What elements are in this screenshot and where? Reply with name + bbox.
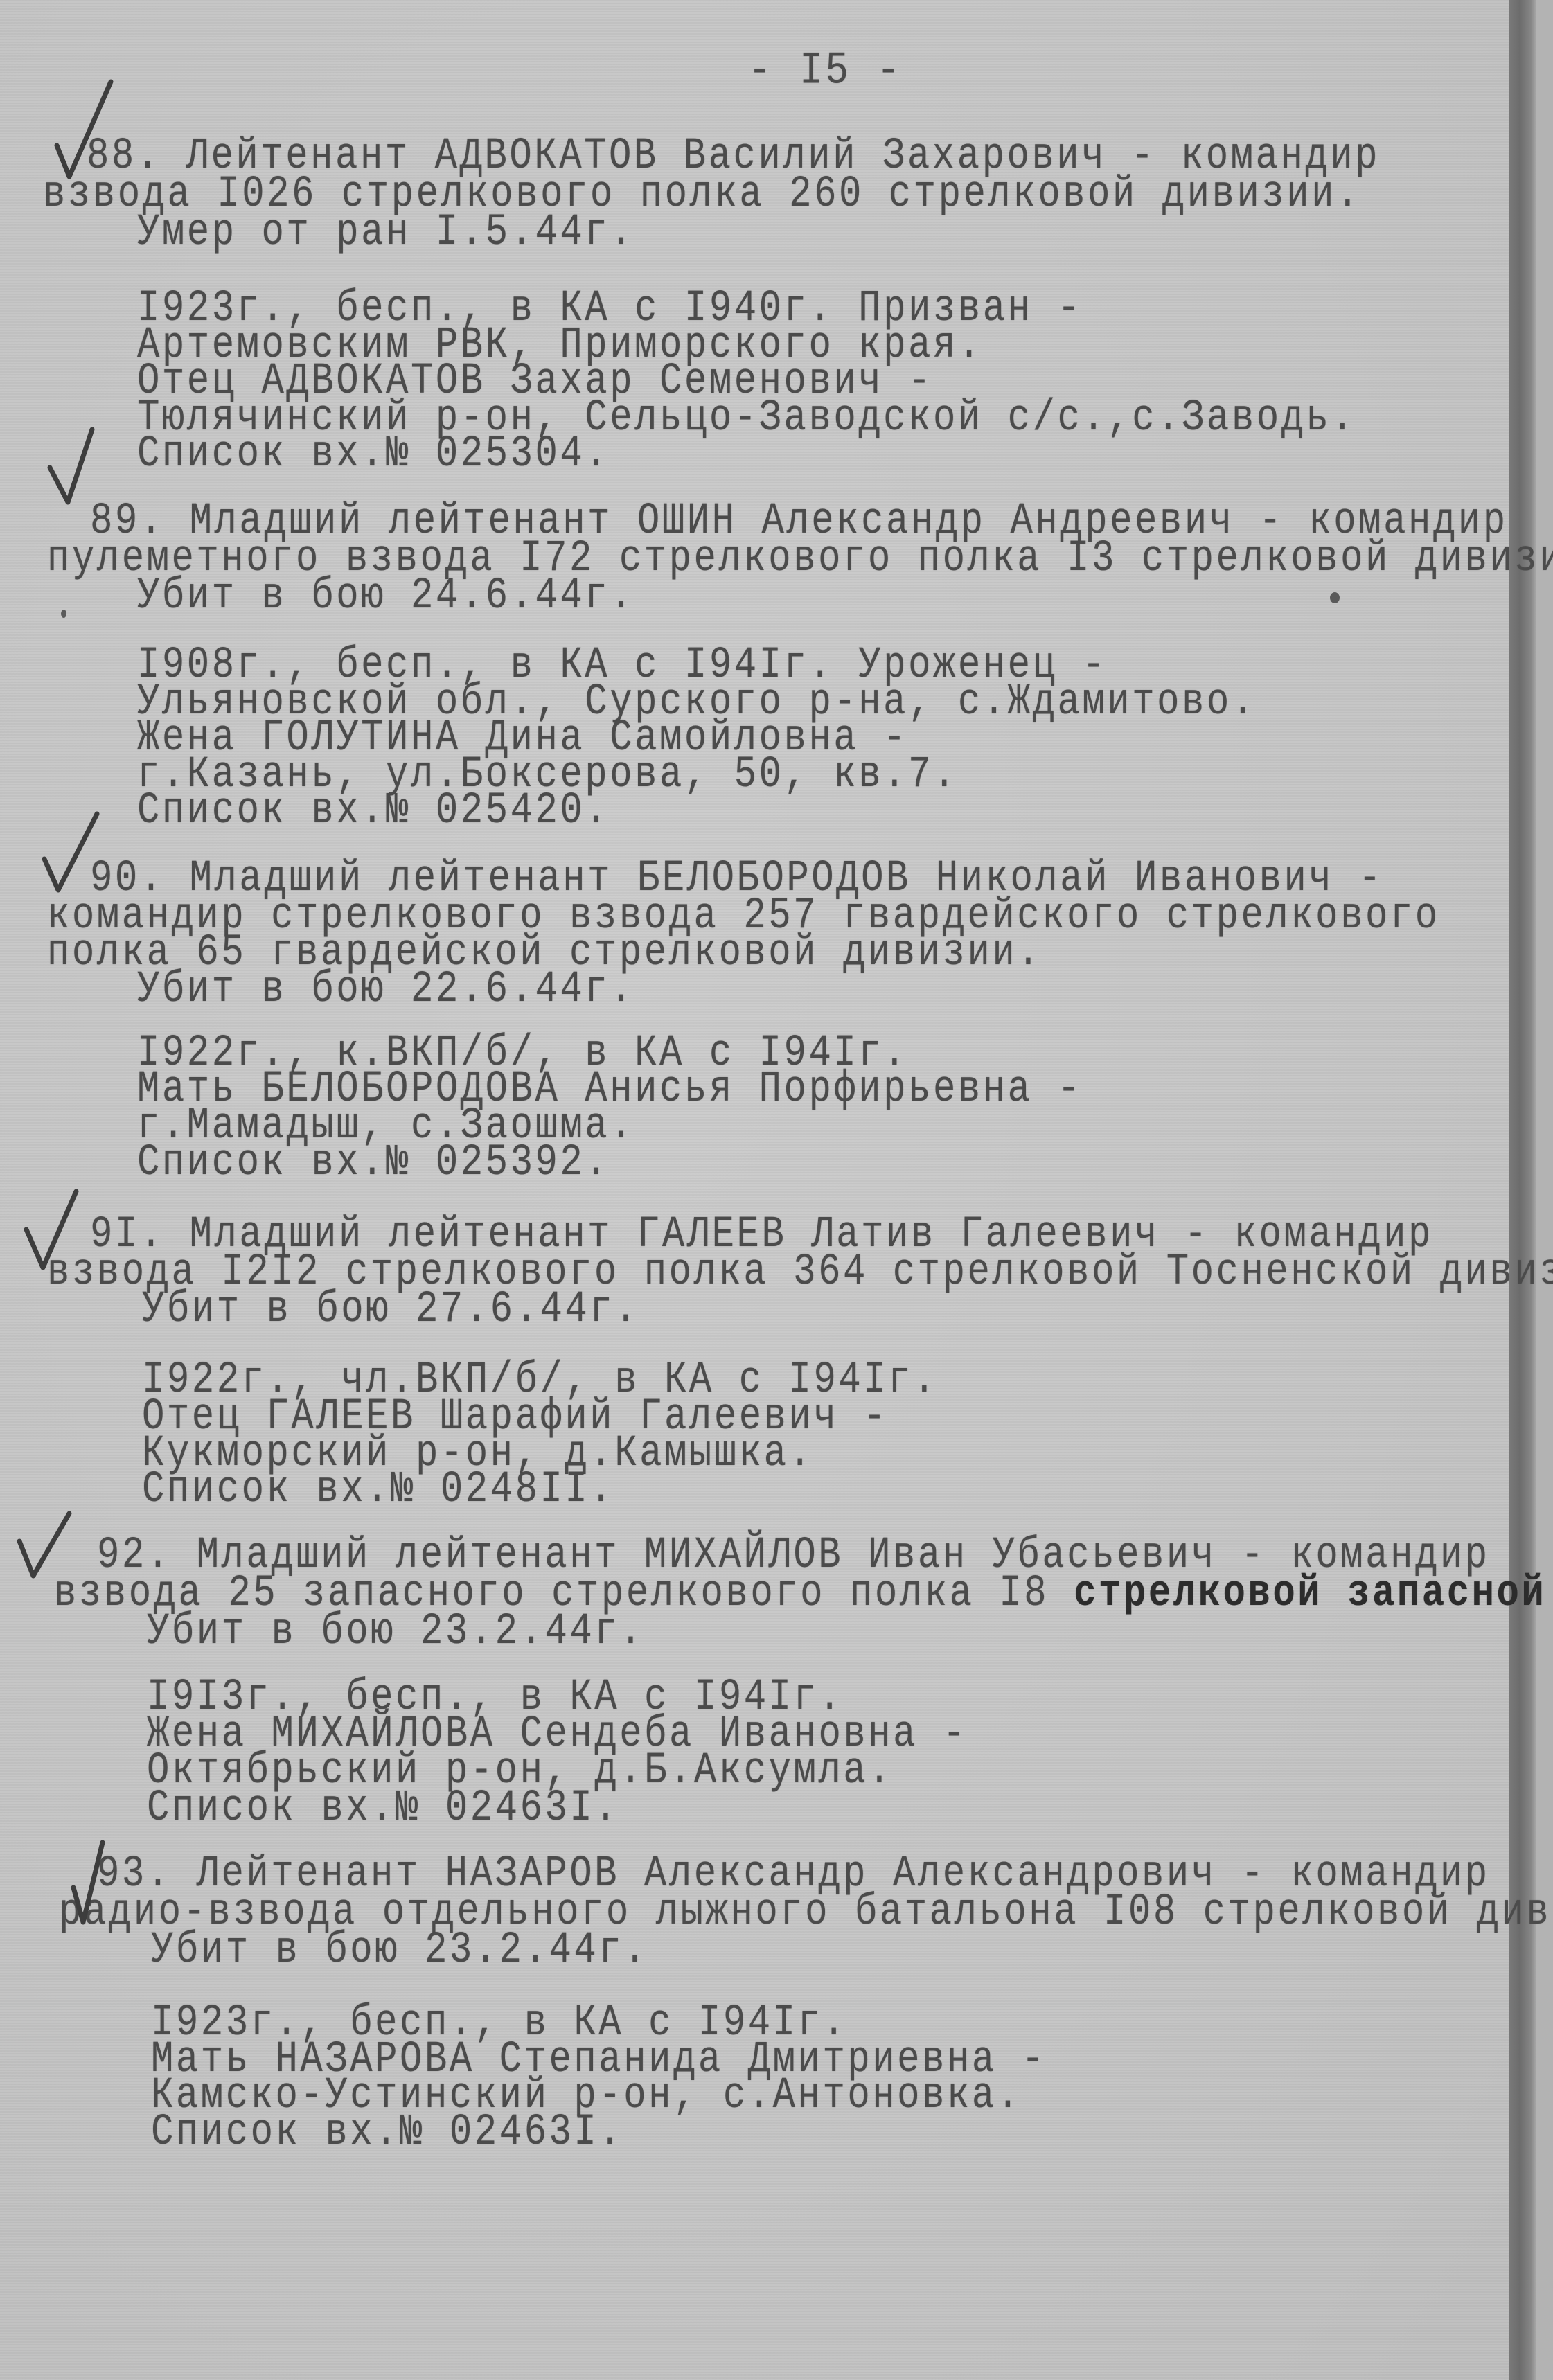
ink-spot bbox=[1330, 592, 1340, 603]
checkmark-icon bbox=[73, 1842, 103, 1922]
ink-spot bbox=[61, 610, 66, 618]
handwritten-marks bbox=[0, 0, 1553, 2380]
checkmark-icon bbox=[44, 814, 97, 890]
checkmark-icon bbox=[19, 1513, 69, 1576]
checkmark-icon bbox=[57, 82, 111, 177]
checkmark-icon bbox=[50, 429, 92, 502]
checkmark-icon bbox=[26, 1191, 76, 1268]
